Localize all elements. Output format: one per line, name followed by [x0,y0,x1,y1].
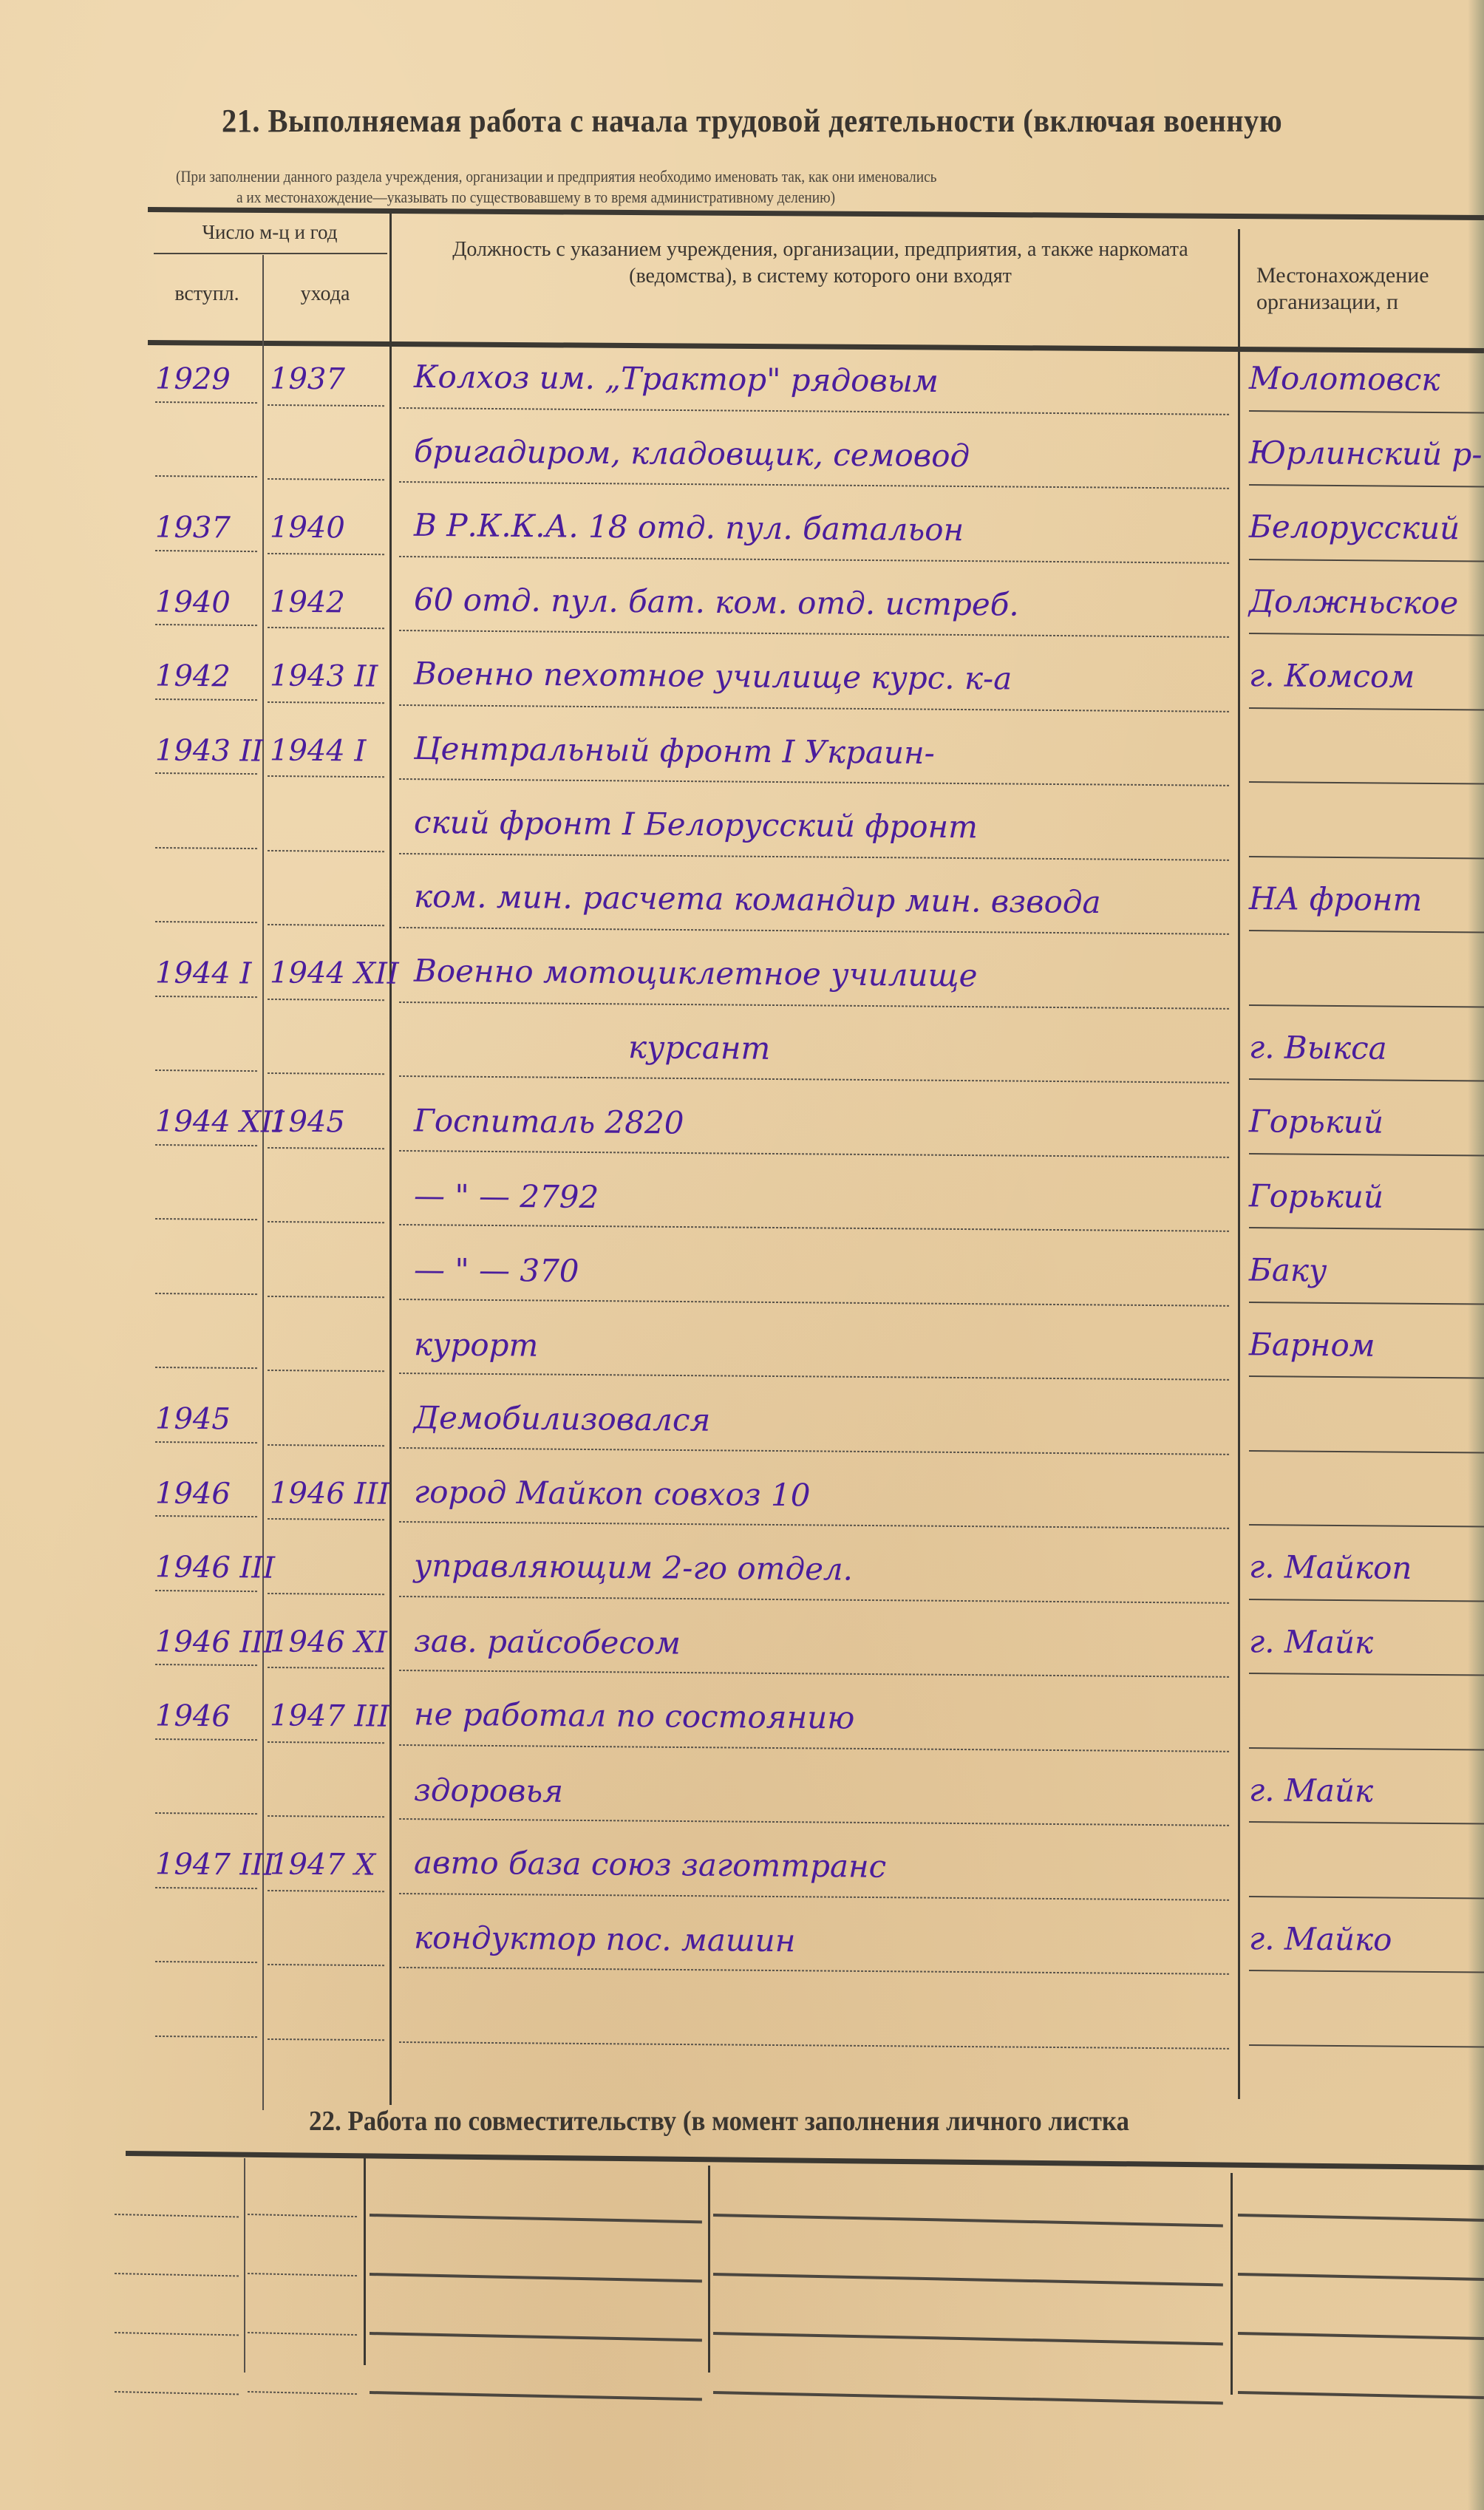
row-position: курорт [414,1326,539,1363]
row-rule [155,1218,259,1220]
row-rule [1249,1450,1484,1453]
section-22-row-rule [370,2332,702,2341]
section-22-row-rule [248,2332,358,2336]
row-position: управляющим 2-го отдел. [414,1547,853,1587]
row-start-date: 1929 [155,362,231,397]
section-22-col-2 [364,2158,366,2365]
row-rule [1249,1302,1484,1305]
section-21-title: 21. Выполняемая работа с начала трудовой… [222,102,1282,140]
section-22-row-rule [713,2332,1223,2345]
row-rule [1249,930,1484,933]
row-rule [399,1447,1231,1455]
row-rule [268,1741,386,1744]
row-start-date: 1940 [155,585,231,619]
page-edge-shadow [1468,0,1484,2510]
column-divider-dates [262,255,264,2110]
section-22-row-rule [115,2391,240,2395]
row-start-date: 1942 [155,659,231,694]
row-rule [399,1075,1231,1084]
row-rule [155,1590,259,1592]
row-rule [268,478,386,480]
row-position: — " — 370 [414,1251,579,1289]
row-end-date: 1944 XII [270,956,399,991]
row-rule [268,627,386,629]
empty-row-rule [155,2035,259,2038]
row-position: ский фронт I Белорусский фронт [414,804,978,846]
row-start-date: 1944 I [155,956,252,990]
row-rule [155,550,259,552]
row-position: Госпиталь 2820 [414,1102,684,1140]
row-position: — " — 2792 [414,1177,599,1214]
section-22-row-rule [1238,2214,1484,2222]
row-rule [1249,1821,1484,1824]
row-rule [268,1593,386,1595]
row-rule [399,927,1231,935]
row-rule [155,475,259,477]
row-start-date: 1947 III [155,1847,275,1882]
empty-row-rule [399,2041,1231,2050]
row-end-date: 1943 II [270,659,378,693]
header-date-group: Число м-ц и год [152,219,388,245]
row-start-date: 1946 [155,1476,231,1511]
row-rule [268,924,386,926]
row-rule [268,553,386,555]
row-position: авто база союз заготтранс [414,1844,887,1885]
row-end-date: 1937 [270,362,345,397]
row-rule [399,1373,1231,1381]
row-end-date: 1946 III [270,1476,389,1511]
empty-row-rule [268,2038,386,2041]
section-22-col-3 [708,2166,710,2373]
row-rule [1249,633,1484,636]
section-22-row-rule [370,2273,702,2282]
row-rule [155,624,259,626]
row-rule [399,1967,1231,1975]
row-position: курсант [628,1029,771,1067]
row-start-date: 1946 III [155,1550,275,1585]
row-rule [399,1818,1231,1826]
row-rule [1249,1970,1484,1973]
section-22-top-rule [126,2151,1484,2170]
section-22-row-rule [1238,2391,1484,2399]
row-rule [1249,1524,1484,1527]
section-22-row-rule [713,2391,1223,2404]
section-22-row-rule [1238,2273,1484,2281]
section-22-row-rule [370,2391,702,2401]
section-22-col-4 [1231,2173,1233,2395]
row-rule [268,1890,386,1892]
row-rule [1249,1599,1484,1602]
section-22-row-rule [1238,2332,1484,2340]
row-location: Барном [1249,1326,1375,1363]
row-location: Горький [1249,1103,1383,1140]
section-22-row-rule [248,2214,358,2217]
row-rule [399,1596,1231,1604]
row-end-date: 1946 XI [270,1625,387,1659]
row-rule [268,1147,386,1149]
row-location: Баку [1249,1252,1327,1289]
row-rule [155,1664,259,1666]
column-divider-position [389,213,392,2105]
section-22-row-rule [713,2214,1223,2227]
header-bottom-rule [148,340,1484,353]
row-location: г. Майко [1249,1920,1392,1958]
row-rule [155,1441,259,1443]
section-22-title: 22. Работа по совместительству (в момент… [309,2105,1129,2137]
row-rule [1249,410,1484,413]
row-rule [399,407,1231,415]
row-start-date: 1937 [155,511,231,545]
row-location: г. Майк [1249,1623,1374,1660]
row-rule [1249,856,1484,859]
row-rule [268,1221,386,1223]
row-location: г. Майк [1249,1772,1374,1809]
row-position: 60 отд. пул. бат. ком. отд. истреб. [414,581,1019,622]
row-rule [1249,559,1484,562]
row-rule [155,1367,259,1369]
row-rule [155,1515,259,1517]
row-rule [268,404,386,407]
row-position: здоровья [414,1772,564,1809]
section-22-row-rule [370,2214,702,2223]
empty-row-rule [1249,2044,1484,2047]
row-location: Молотовск [1249,360,1440,398]
row-rule [399,1744,1231,1752]
row-position: Центральный фронт I Украин- [414,729,935,770]
row-position: кондуктор пос. машин [414,1919,796,1959]
row-rule [399,1299,1231,1307]
header-position: Должность с указанием учреждения, органи… [443,237,1197,290]
row-rule [268,1518,386,1520]
header-date-divider [154,253,387,254]
row-end-date: 1942 [270,585,345,619]
row-end-date: 1940 [270,511,345,545]
row-rule [155,1293,259,1295]
row-rule [1249,1747,1484,1750]
row-rule [155,1887,259,1889]
section-21-note-line1: (При заполнении данного раздела учрежден… [176,167,937,186]
section-22-row-rule [248,2391,358,2395]
header-location: Местонахождение организации, п [1256,262,1484,316]
row-rule [268,1072,386,1075]
row-rule [399,1001,1231,1010]
section-22-row-rule [115,2214,240,2218]
row-position: бригадиром, кладовщик, семовод [414,432,970,474]
row-rule [1249,1896,1484,1899]
row-rule [268,1815,386,1817]
section-22-row-rule [115,2273,240,2277]
row-rule [268,1296,386,1298]
row-rule [268,850,386,852]
row-rule [1249,781,1484,784]
row-rule [268,1964,386,1966]
row-rule [155,996,259,998]
row-rule [155,1069,259,1072]
row-position: город Майкоп совхоз 10 [414,1473,811,1513]
row-location: г. Выкса [1249,1029,1387,1067]
row-location: Горький [1249,1177,1383,1215]
row-rule [399,778,1231,786]
row-rule [155,921,259,923]
row-rule [268,1667,386,1669]
row-location: г. Комсом [1249,657,1415,695]
row-rule [155,1961,259,1963]
row-rule [1249,1375,1484,1378]
row-rule [399,556,1231,564]
row-end-date: 1947 III [270,1698,389,1733]
row-rule [399,1670,1231,1678]
row-rule [155,847,259,849]
row-position: Военно пехотное училище курс. к-а [414,655,1012,696]
row-rule [1249,1004,1484,1007]
row-start-date: 1946 III [155,1625,275,1659]
row-rule [1249,1227,1484,1230]
row-position: ком. мин. расчета командир мин. взвода [414,877,1101,919]
row-rule [155,1812,259,1815]
row-rule [399,704,1231,712]
row-rule [1249,707,1484,710]
row-rule [399,1150,1231,1158]
row-end-date: 1945 [270,1105,345,1140]
row-rule [268,999,386,1001]
row-rule [1249,1078,1484,1081]
row-rule [1249,484,1484,487]
row-rule [155,401,259,404]
row-rule [268,1370,386,1372]
row-start-date: 1945 [155,1402,231,1437]
row-position: Военно мотоциклетное училище [414,953,978,994]
row-location: Должньское [1249,582,1459,620]
section-22-row-rule [713,2273,1223,2286]
row-rule [155,772,259,775]
row-start-date: 1943 II [155,733,264,768]
row-location: г. Майкоп [1249,1548,1412,1586]
row-rule [268,1444,386,1446]
section-22-row-rule [115,2332,240,2336]
row-location: Белорусский [1249,509,1460,546]
row-rule [1249,1153,1484,1156]
header-start: вступл. [152,281,262,307]
row-rule [155,1144,259,1146]
row-end-date: 1944 I [270,733,367,768]
row-position: зав. райсобесом [414,1622,681,1661]
row-start-date: 1946 [155,1699,231,1734]
row-position: Демобилизовался [414,1399,711,1438]
section-22-row-rule [248,2273,358,2276]
row-rule [399,481,1231,489]
row-rule [1249,1673,1484,1676]
row-rule [268,701,386,704]
row-position: Колхоз им. „Трактор" рядовым [414,358,939,399]
row-rule [155,698,259,701]
row-rule [399,1224,1231,1232]
row-rule [399,853,1231,861]
row-rule [399,1521,1231,1529]
row-rule [155,1738,259,1741]
column-divider-location [1238,229,1240,2099]
row-position: В Р.К.К.А. 18 отд. пул. батальон [414,507,964,548]
row-position: не работал по состоянию [414,1696,855,1735]
row-location: Юрлинский р-н [1249,434,1484,472]
section-21-note-line2: а их местонахождение—указывать по сущест… [236,188,835,207]
header-end: ухода [266,281,384,307]
row-rule [399,1893,1231,1901]
row-rule [399,630,1231,638]
row-start-date: 1944 XII [155,1104,285,1140]
row-rule [268,775,386,778]
row-end-date: 1947 X [270,1847,375,1882]
row-location: НА фронт [1249,880,1423,917]
section-22-col-1 [244,2158,245,2373]
